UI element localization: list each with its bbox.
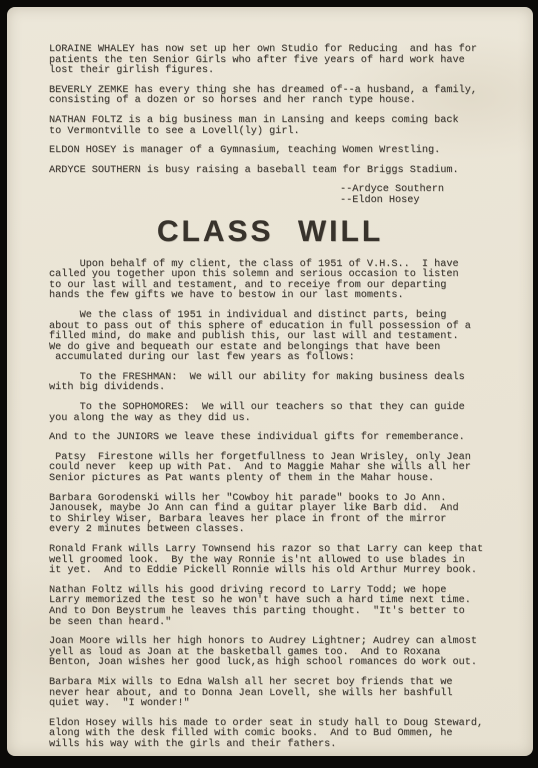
prophecy-paragraph: NATHAN FOLTZ is a big business man in La… [49,116,489,137]
class-will-section: Upon behalf of my client, the class of 1… [49,260,533,751]
will-paragraph: And to the JUNIORS we leave these indivi… [49,433,489,444]
will-paragraph: Joan Moore wills her high honors to Audr… [49,637,489,669]
scanned-page: LORAINE WHALEY has now set up her own St… [7,7,533,756]
signature-line: --Eldon Hosey [340,196,533,207]
will-paragraph: Barbara Mix wills to Edna Walsh all her … [49,678,489,710]
prophecy-paragraph: ARDYCE SOUTHERN is busy raising a baseba… [49,166,489,177]
will-paragraph: Upon behalf of my client, the class of 1… [49,260,489,302]
page-title: CLASS WILL [49,217,491,247]
will-paragraph: We the class of 1951 in individual and d… [49,311,489,364]
class-prophecy-section: LORAINE WHALEY has now set up her own St… [49,45,533,176]
will-paragraph: To the FRESHMAN: We will our ability for… [49,373,489,394]
prophecy-paragraph: ELDON HOSEY is manager of a Gymnasium, t… [49,146,489,157]
scanned-page-frame: LORAINE WHALEY has now set up her own St… [0,0,538,768]
will-paragraph: Patsy Firestone wills her forgetfullness… [49,453,489,485]
will-paragraph: To the SOPHOMORES: We will our teachers … [49,403,489,424]
will-paragraph: Ronald Frank wills Larry Townsend his ra… [49,545,489,577]
signature-block: --Ardyce Southern --Eldon Hosey [340,185,533,206]
prophecy-paragraph: BEVERLY ZEMKE has every thing she has dr… [49,86,489,107]
prophecy-paragraph: LORAINE WHALEY has now set up her own St… [49,45,489,77]
will-paragraph: Eldon Hosey wills his made to order seat… [49,719,489,751]
will-paragraph: Nathan Foltz wills his good driving reco… [49,586,489,628]
will-paragraph: Barbara Gorodenski wills her "Cowboy hit… [49,494,489,536]
